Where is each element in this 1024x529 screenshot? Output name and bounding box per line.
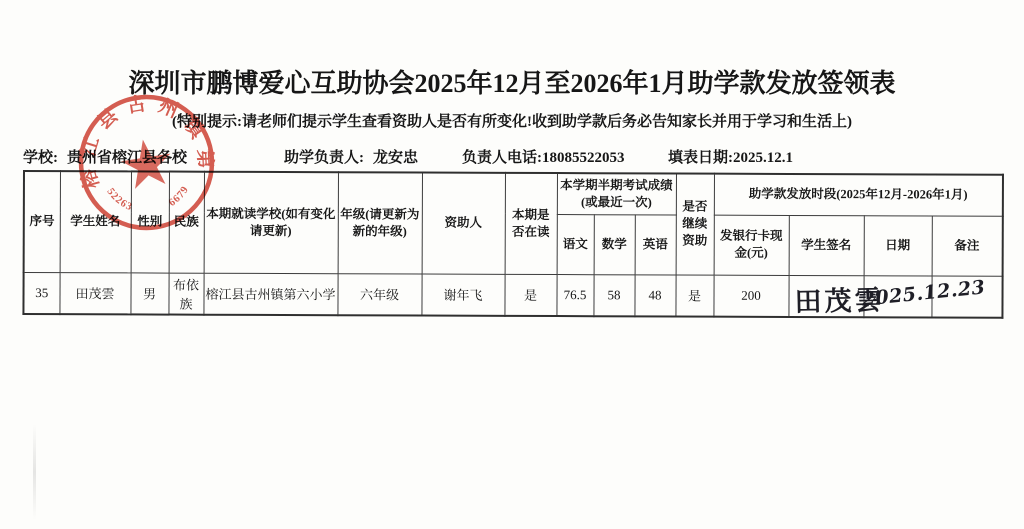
info-school-value: 贵州省榕江县各校: [67, 150, 187, 166]
info-phone-value: 18085522053: [542, 150, 625, 166]
header-signature: 学生签名: [789, 215, 864, 275]
info-manager-label: 助学负责人:: [284, 150, 364, 166]
scan-artifact: [33, 424, 36, 520]
header-cash: 发银行卡现金(元): [714, 215, 789, 275]
cell-sponsor: 谢年飞: [421, 274, 504, 316]
header-chinese: 语文: [557, 214, 594, 274]
signoff-table-wrap: 序号 学生姓名 性别 民族 本期就读学校(如有变化请更新) 年级(请更新为新的年…: [22, 170, 1004, 318]
cell-ethnic: 布依族: [168, 273, 203, 315]
cell-chinese-score: 76.5: [556, 274, 593, 316]
info-filldate: 填表日期:2025.12.1: [668, 146, 793, 167]
cell-english-score: 48: [634, 274, 675, 316]
form-info-line: 学校:贵州省榕江县各校 助学负责人:龙安忠 负责人电话:18085522053 …: [0, 146, 1010, 166]
header-ethnic: 民族: [169, 172, 204, 273]
form-title: 深圳市鹏博爱心互助协会2025年12月至2026年1月助学款发放签领表: [0, 63, 1024, 100]
header-date: 日期: [864, 215, 932, 275]
cell-math-score: 58: [593, 274, 634, 316]
header-note: 备注: [932, 215, 1003, 275]
cell-continue-support: 是: [675, 275, 713, 317]
info-manager: 助学负责人:龙安忠: [284, 146, 418, 167]
header-exam-group: 本学期半期考试成绩(或最近一次): [557, 173, 676, 214]
info-phone-label: 负责人电话:: [462, 150, 542, 166]
cell-gender: 男: [130, 272, 168, 314]
cell-grade: 六年级: [337, 273, 421, 315]
header-continue-support: 是否继续资助: [676, 174, 714, 275]
header-grade: 年级(请更新为新的年级): [338, 172, 422, 273]
cell-student-name: 田茂雲: [59, 272, 130, 314]
info-filldate-value: 2025.12.1: [733, 150, 793, 166]
table-row: 35 田茂雲 男 布依族 榕江县古州镇第六小学 六年级 谢年飞 是 76.5 5…: [23, 272, 1002, 317]
form-notice: (特别提示:请老师们提示学生查看资助人是否有所变化!收到助学款后务必告知家长并用…: [0, 110, 1024, 131]
cell-date: 2025.12.23: [863, 275, 931, 317]
cell-school: 榕江县古州镇第六小学: [203, 273, 337, 315]
cell-no: 35: [23, 272, 59, 314]
signoff-table: 序号 学生姓名 性别 民族 本期就读学校(如有变化请更新) 年级(请更新为新的年…: [22, 170, 1004, 318]
cell-signature: 田茂雲: [788, 275, 863, 317]
cell-enrolled: 是: [504, 274, 556, 316]
header-student-name: 学生姓名: [60, 171, 131, 272]
cell-cash: 200: [713, 275, 788, 317]
header-sponsor: 资助人: [422, 173, 505, 274]
info-school: 学校:贵州省榕江县各校: [23, 146, 187, 167]
header-gender: 性别: [131, 171, 169, 272]
header-payout-group: 助学款发放时段(2025年12月-2026年1月): [714, 174, 1003, 216]
info-phone: 负责人电话:18085522053: [462, 146, 625, 167]
info-filldate-label: 填表日期:: [668, 150, 733, 166]
header-enrolled: 本期是否在读: [505, 173, 557, 274]
header-english: 英语: [635, 214, 676, 274]
info-manager-value: 龙安忠: [373, 150, 418, 166]
header-math: 数学: [594, 214, 635, 274]
header-no: 序号: [24, 171, 60, 272]
scanned-form-page: 深圳市鹏博爱心互助协会2025年12月至2026年1月助学款发放签领表 (特别提…: [0, 0, 1024, 529]
info-school-label: 学校:: [23, 150, 58, 166]
header-school: 本期就读学校(如有变化请更新): [204, 172, 338, 274]
cell-note: [931, 275, 1002, 317]
